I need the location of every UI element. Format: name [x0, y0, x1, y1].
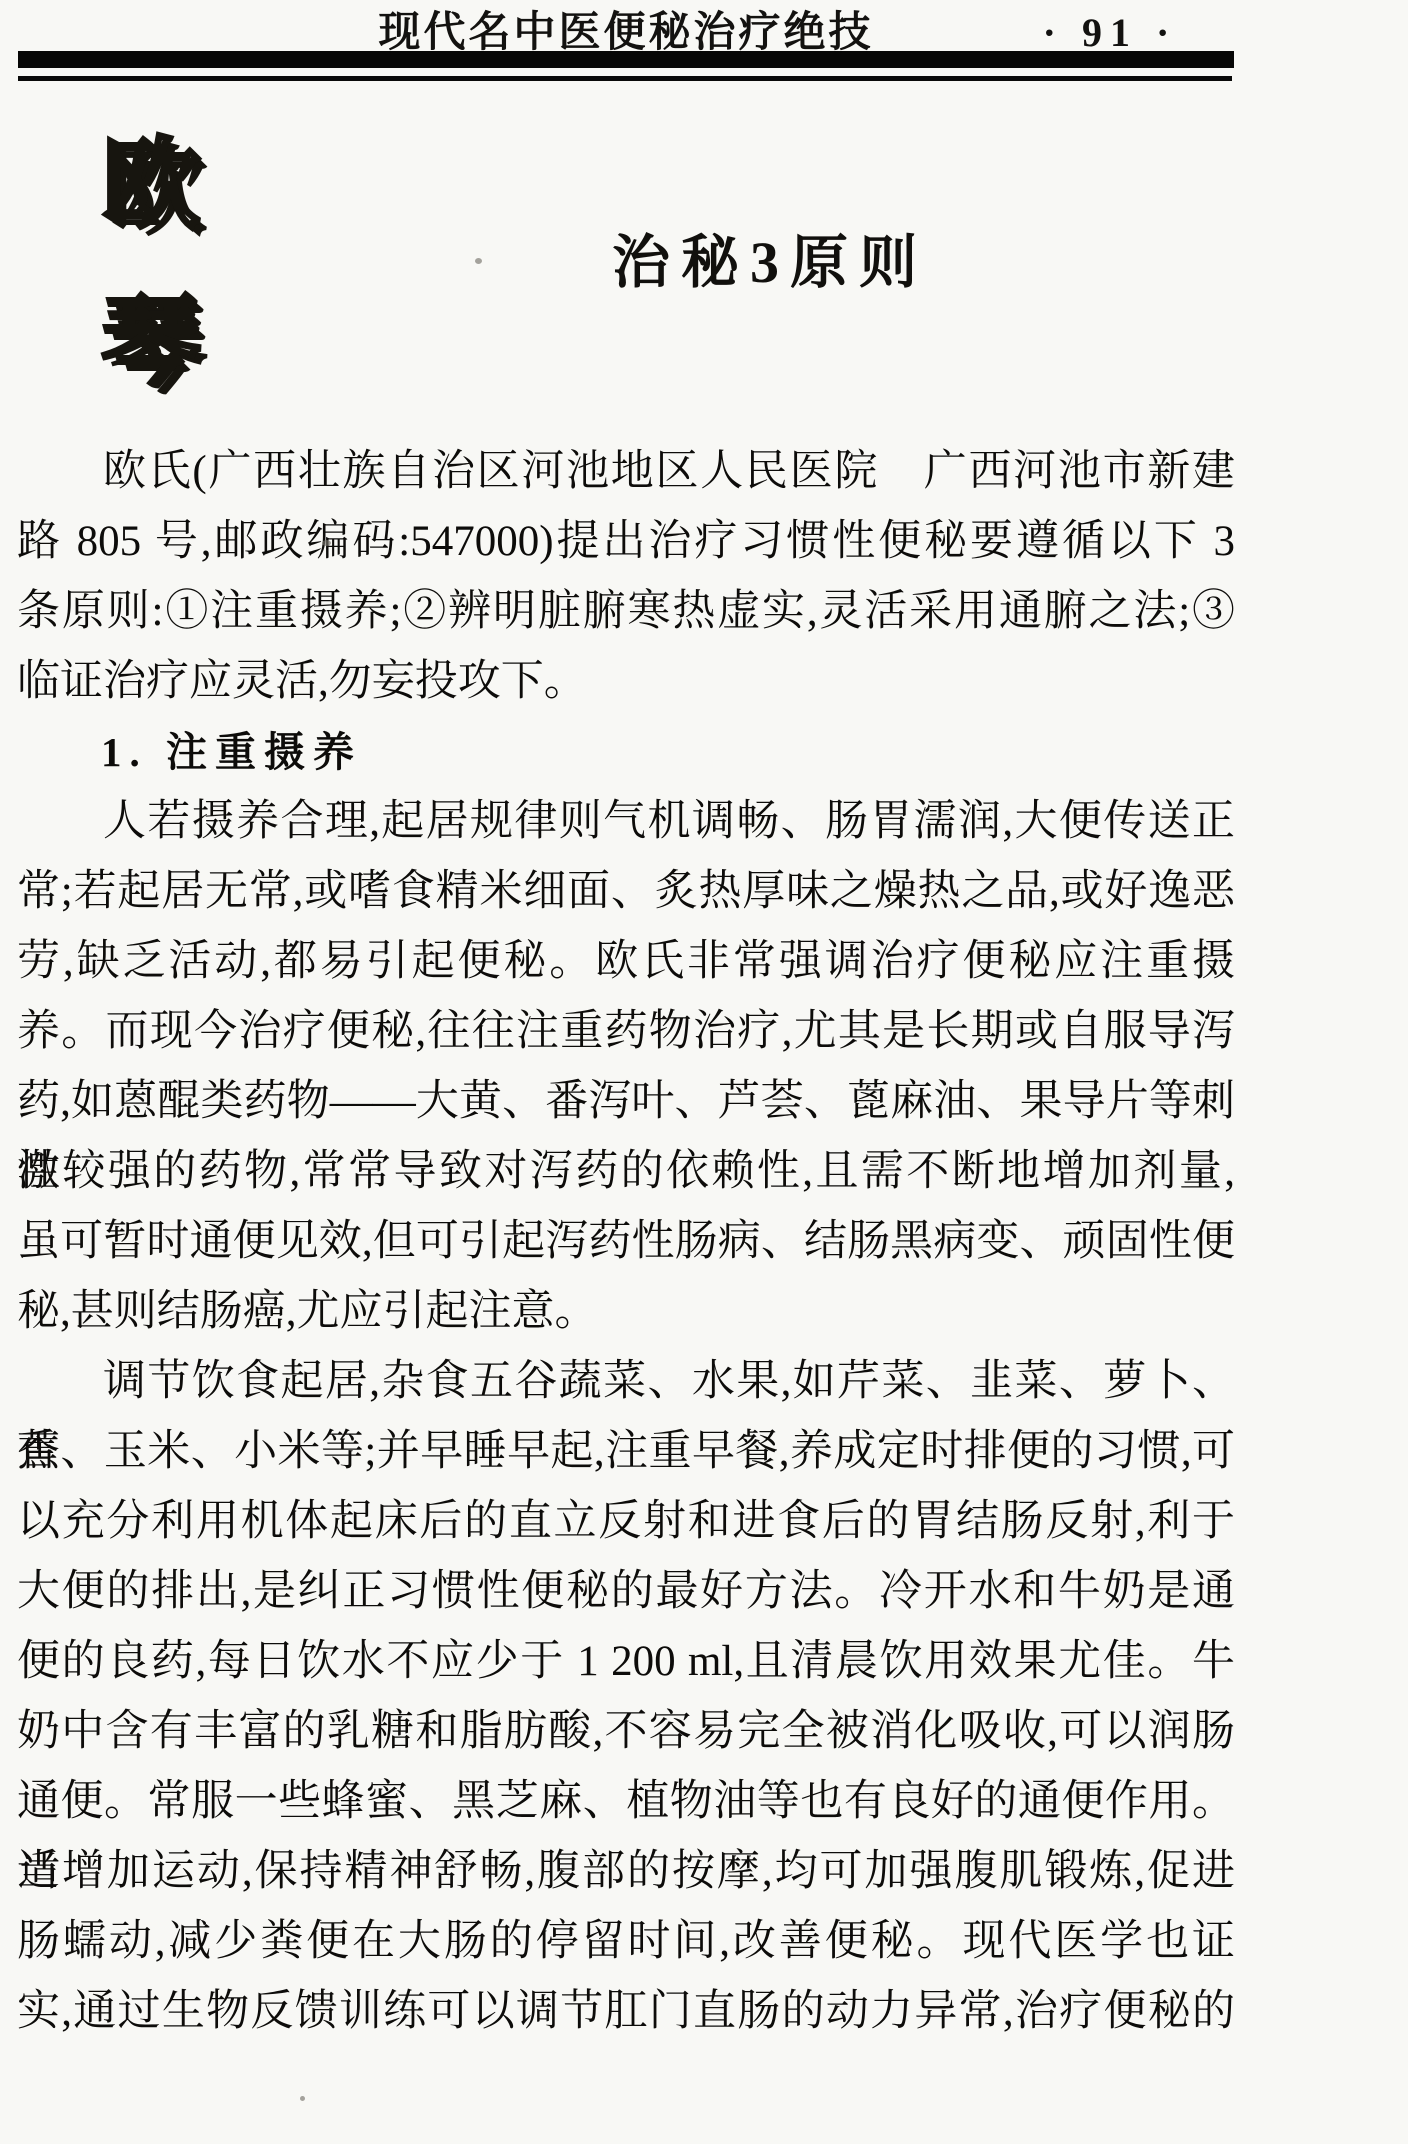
body-line: 养。而现今治疗便秘,往往注重药物治疗,尤其是长期或自服导泻 — [17, 997, 1235, 1067]
header-rule-thin — [18, 76, 1232, 81]
body-line: 劳,缺乏活动,都易引起便秘。欧氏非常强调治疗便秘应注重摄 — [17, 927, 1235, 997]
body-text: 欧氏(广西壮族自治区河池地区人民医院 广西河池市新建 路 805 号,邮政编码:… — [17, 437, 1235, 2047]
author-name-char-1: 欧 — [102, 136, 200, 236]
body-line: 性较强的药物,常常导致对泻药的依赖性,且需不断地增加剂量, — [17, 1137, 1235, 1207]
body-line: 药,如蒽醌类药物——大黄、番泻叶、芦荟、蓖麻油、果导片等刺激 — [17, 1067, 1235, 1137]
scan-speck — [300, 2096, 305, 2101]
body-line: 秘,甚则结肠癌,尤应引起注意。 — [17, 1277, 1235, 1347]
subheading-1: 1. 注重摄养 — [17, 717, 1235, 787]
body-line: 调节饮食起居,杂食五谷蔬菜、水果,如芹菜、韭菜、萝卜、香 — [17, 1347, 1235, 1417]
body-line: 临证治疗应灵活,勿妄投攻下。 — [17, 647, 1235, 717]
body-line: 当增加运动,保持精神舒畅,腹部的按摩,均可加强腹肌锻炼,促进 — [17, 1837, 1235, 1907]
scan-speck — [322, 540, 331, 546]
body-line: 以充分利用机体起床后的直立反射和进食后的胃结肠反射,利于 — [17, 1487, 1235, 1557]
body-line: 人若摄养合理,起居规律则气机调畅、肠胃濡润,大便传送正 — [17, 787, 1235, 857]
header-rule-thick — [18, 51, 1234, 68]
body-line: 常;若起居无常,或嗜食精米细面、炙热厚味之燥热之品,或好逸恶 — [17, 857, 1235, 927]
body-line: 实,通过生物反馈训练可以调节肛门直肠的动力异常,治疗便秘的 — [17, 1977, 1235, 2047]
body-line: 便的良药,每日饮水不应少于 1 200 ml,且清晨饮用效果尤佳。牛 — [17, 1627, 1235, 1697]
body-line: 肠蠕动,减少粪便在大肠的停留时间,改善便秘。现代医学也证 — [17, 1907, 1235, 1977]
author-name-char-2: 琴 — [102, 294, 200, 394]
body-line: 奶中含有丰富的乳糖和脂肪酸,不容易完全被消化吸收,可以润肠 — [17, 1697, 1235, 1767]
body-line: 欧氏(广西壮族自治区河池地区人民医院 广西河池市新建 — [17, 437, 1235, 507]
body-line: 通便。常服一些蜂蜜、黑芝麻、植物油等也有良好的通便作用。适 — [17, 1767, 1235, 1837]
body-line: 虽可暂时通便见效,但可引起泻药性肠病、结肠黑病变、顽固性便 — [17, 1207, 1235, 1277]
book-page: 现代名中医便秘治疗绝技 · 91 · 欧 琴 治秘3原则 欧氏(广西壮族自治区河… — [0, 0, 1408, 2144]
body-line: 路 805 号,邮政编码:547000)提出治疗习惯性便秘要遵循以下 3 — [17, 507, 1235, 577]
scan-speck — [475, 258, 482, 264]
body-line: 条原则:①注重摄养;②辨明脏腑寒热虚实,灵活采用通腑之法;③ — [17, 577, 1235, 647]
body-line: 大便的排出,是纠正习惯性便秘的最好方法。冷开水和牛奶是通 — [17, 1557, 1235, 1627]
section-title: 治秘3原则 — [612, 232, 928, 294]
body-line: 蕉、玉米、小米等;并早睡早起,注重早餐,养成定时排便的习惯,可 — [17, 1417, 1235, 1487]
